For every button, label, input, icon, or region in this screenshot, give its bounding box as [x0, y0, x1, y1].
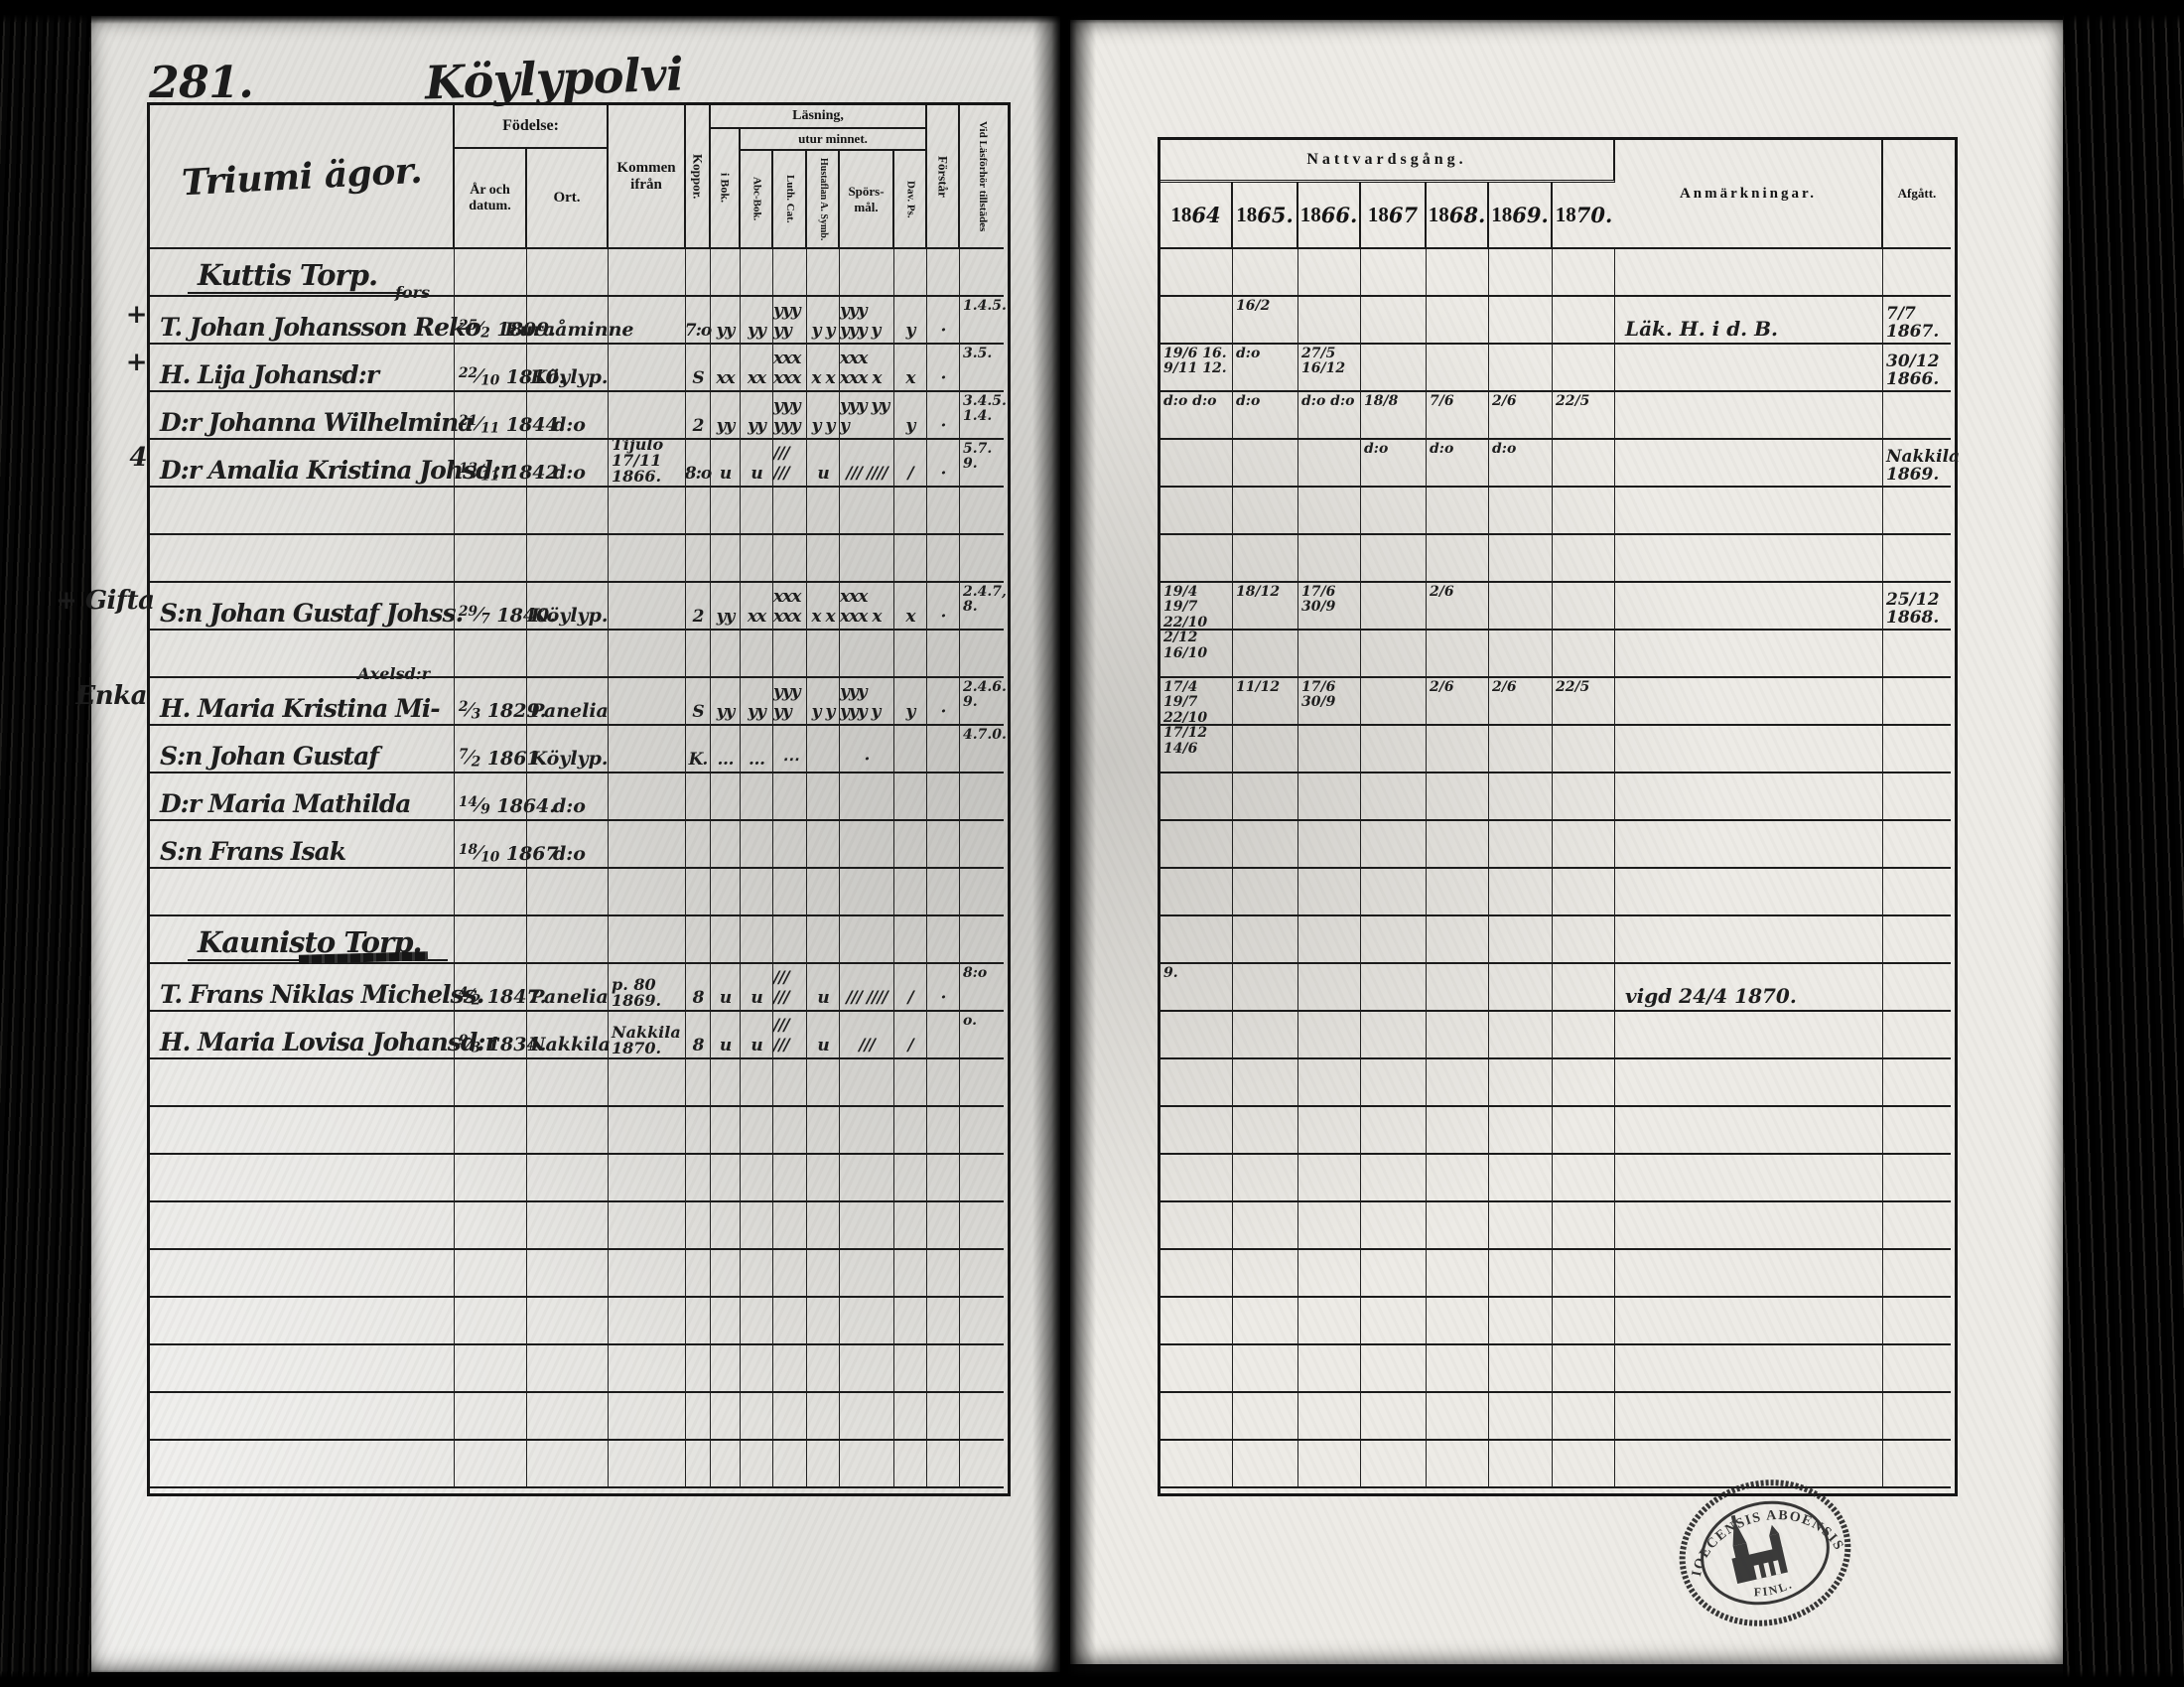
- y1869-cell: [1489, 297, 1553, 345]
- ort-cell: [527, 1107, 609, 1155]
- koppor-cell: S: [686, 678, 711, 726]
- luth-cell: [773, 1059, 807, 1107]
- y1869-cell: [1489, 916, 1553, 964]
- ibok-cell: [711, 773, 741, 821]
- dav-cell: [894, 249, 927, 297]
- ibok-cell: [711, 1393, 741, 1441]
- name-cell: D:r Johanna Wilhelmina: [150, 392, 455, 440]
- abc-cell: yy: [741, 297, 773, 345]
- ibok-cell: [711, 1441, 741, 1488]
- afgatt-cell: [1883, 488, 1951, 535]
- ort-cell: [527, 916, 609, 964]
- ar-cell: [455, 1107, 527, 1155]
- y1864-cell: [1160, 1250, 1233, 1298]
- kommen-cell: [609, 773, 686, 821]
- y1864-cell: [1160, 1345, 1233, 1393]
- y1868-cell: [1427, 297, 1489, 345]
- dav-cell: [894, 821, 927, 869]
- y1867-cell: [1361, 916, 1427, 964]
- y1867-cell: [1361, 1202, 1427, 1250]
- name-cell: [150, 869, 455, 916]
- forstar-cell: ·: [927, 297, 960, 345]
- abc-cell: [741, 631, 773, 678]
- y1869-cell: [1489, 1202, 1553, 1250]
- header-dav-ps: Dav. Ps.: [894, 151, 927, 249]
- dav-cell: /: [894, 440, 927, 488]
- abc-cell: [741, 249, 773, 297]
- abc-cell: u: [741, 964, 773, 1012]
- anm-cell: [1615, 1298, 1883, 1345]
- abc-cell: u: [741, 1012, 773, 1059]
- luth-cell: /// ///: [773, 1012, 807, 1059]
- koppor-cell: [686, 1250, 711, 1298]
- right-table: Nattvardsgång. Anmärkningar. Afgått. 16/…: [1158, 137, 1958, 1496]
- luth-cell: /// ///: [773, 964, 807, 1012]
- afgatt-cell: [1883, 916, 1951, 964]
- y1867-cell: [1361, 726, 1427, 773]
- vidlas-cell: [960, 1393, 1004, 1441]
- luth-cell: [773, 1250, 807, 1298]
- dav-cell: [894, 916, 927, 964]
- vidlas-cell: [960, 916, 1004, 964]
- ort-cell: [527, 869, 609, 916]
- vidlas-cell: [960, 488, 1004, 535]
- vidlas-cell: [960, 1250, 1004, 1298]
- forstar-cell: ·: [927, 678, 960, 726]
- kommen-cell: [609, 535, 686, 583]
- y1866-cell: [1298, 1441, 1361, 1488]
- book-binding-gutter: [1032, 0, 1096, 1687]
- name-cell: S:n Frans Isak: [150, 821, 455, 869]
- koppor-cell: S: [686, 345, 711, 392]
- y1865-cell: [1233, 1250, 1298, 1298]
- header-luth-cat: Luth. Cat.: [773, 151, 807, 249]
- hust-cell: [807, 535, 840, 583]
- y1866-cell: [1298, 1202, 1361, 1250]
- header-vid-lasforhor: Vid Läsförhör tillstädes: [960, 105, 1004, 249]
- scan-edge-right: [2063, 0, 2184, 1687]
- y1866-cell: [1298, 1107, 1361, 1155]
- header-ar-och-datum: År och datum.: [455, 149, 527, 249]
- ort-cell: [527, 1202, 609, 1250]
- hust-cell: [807, 1441, 840, 1488]
- left-table: Triumi ägor. Födelse: År och datum. Ort.…: [147, 102, 1011, 1496]
- y1870-cell: [1553, 1059, 1615, 1107]
- ar-cell: 29⁄7 1840.: [455, 583, 527, 631]
- koppor-cell: [686, 1298, 711, 1345]
- kommen-cell: Tijulo 17/11 1866.: [609, 440, 686, 488]
- y1870-cell: [1553, 249, 1615, 297]
- forstar-cell: [927, 1250, 960, 1298]
- header-i-bok: i Bok.: [711, 129, 741, 249]
- luth-cell: [773, 488, 807, 535]
- y1866-cell: [1298, 869, 1361, 916]
- forstar-cell: [927, 535, 960, 583]
- y1866-cell: [1298, 821, 1361, 869]
- anm-cell: [1615, 440, 1883, 488]
- koppor-cell: 8: [686, 964, 711, 1012]
- luth-cell: [773, 1155, 807, 1202]
- vidlas-cell: [960, 1202, 1004, 1250]
- y1869-cell: [1489, 488, 1553, 535]
- margin-note: +: [56, 348, 147, 377]
- y1868-cell: [1427, 1202, 1489, 1250]
- y1869-cell: [1489, 1393, 1553, 1441]
- y1864-cell: [1160, 297, 1233, 345]
- y1866-cell: [1298, 1155, 1361, 1202]
- y1868-cell: [1427, 916, 1489, 964]
- y1870-cell: [1553, 1298, 1615, 1345]
- scan-edge-top: [0, 0, 2184, 24]
- luth-cell: [773, 249, 807, 297]
- y1867-cell: [1361, 297, 1427, 345]
- header-abc-bok: Abc-Bok.: [741, 151, 773, 249]
- ort-cell: [527, 631, 609, 678]
- anm-cell: [1615, 1345, 1883, 1393]
- spors-cell: yyy yyy y: [840, 297, 894, 345]
- dav-cell: x: [894, 345, 927, 392]
- y1868-cell: [1427, 1059, 1489, 1107]
- abc-cell: …: [741, 726, 773, 773]
- kommen-cell: [609, 1059, 686, 1107]
- hust-cell: u: [807, 964, 840, 1012]
- dav-cell: [894, 1202, 927, 1250]
- forstar-cell: ·: [927, 392, 960, 440]
- y1865-cell: [1233, 1202, 1298, 1250]
- y1864-cell: [1160, 916, 1233, 964]
- name-cell: [150, 488, 455, 535]
- hust-cell: x x: [807, 583, 840, 631]
- y1869-cell: [1489, 1155, 1553, 1202]
- ar-cell: [455, 488, 527, 535]
- kommen-cell: [609, 916, 686, 964]
- spors-cell: xxx xxx x: [840, 583, 894, 631]
- ort-cell: [527, 1155, 609, 1202]
- header-afgatt: Afgått.: [1883, 140, 1951, 249]
- y1870-cell: [1553, 1202, 1615, 1250]
- name-cell: S:n Johan Gustaf Johss.: [150, 583, 455, 631]
- year-header-1867: 1867: [1361, 183, 1427, 249]
- y1866-cell: [1298, 249, 1361, 297]
- anm-cell: [1615, 916, 1883, 964]
- spors-cell: [840, 1441, 894, 1488]
- y1869-cell: [1489, 631, 1553, 678]
- ar-cell: [455, 1345, 527, 1393]
- ibok-cell: [711, 249, 741, 297]
- hust-cell: [807, 1250, 840, 1298]
- hust-cell: y y: [807, 392, 840, 440]
- anm-cell: [1615, 535, 1883, 583]
- hust-cell: [807, 916, 840, 964]
- y1865-cell: [1233, 1441, 1298, 1488]
- dav-cell: [894, 1298, 927, 1345]
- y1870-cell: [1553, 535, 1615, 583]
- luth-cell: [773, 1107, 807, 1155]
- y1870-cell: [1553, 488, 1615, 535]
- name-cell: [150, 535, 455, 583]
- header-fodelse: Födelse:: [455, 105, 609, 149]
- y1868-cell: [1427, 535, 1489, 583]
- abc-cell: [741, 1202, 773, 1250]
- y1866-cell: [1298, 726, 1361, 773]
- ibok-cell: yy: [711, 392, 741, 440]
- forstar-cell: [927, 249, 960, 297]
- kommen-cell: [609, 345, 686, 392]
- kommen-cell: [609, 297, 686, 345]
- y1865-cell: d:o: [1233, 345, 1298, 392]
- forstar-cell: [927, 1345, 960, 1393]
- y1870-cell: [1553, 345, 1615, 392]
- hust-cell: y y: [807, 678, 840, 726]
- abc-cell: [741, 869, 773, 916]
- luth-cell: [773, 631, 807, 678]
- afgatt-cell: Nakkila 1869.: [1883, 440, 1951, 488]
- kommen-cell: [609, 583, 686, 631]
- y1865-cell: 16/2: [1233, 297, 1298, 345]
- kommen-cell: [609, 1393, 686, 1441]
- y1866-cell: [1298, 535, 1361, 583]
- ort-cell: d:o: [527, 440, 609, 488]
- forstar-cell: [927, 1107, 960, 1155]
- ar-cell: [455, 1441, 527, 1488]
- name-cell: [150, 1155, 455, 1202]
- y1867-cell: d:o: [1361, 440, 1427, 488]
- forstar-cell: [927, 1441, 960, 1488]
- hust-cell: [807, 1393, 840, 1441]
- ar-cell: 9⁄3 1834.: [455, 1012, 527, 1059]
- ibok-cell: xx: [711, 345, 741, 392]
- dav-cell: [894, 535, 927, 583]
- y1864-cell: 17/4 19/7 22/10 17/12 14/6: [1160, 678, 1233, 726]
- hust-cell: [807, 1202, 840, 1250]
- ar-cell: 4⁄2 1847.: [455, 964, 527, 1012]
- forstar-cell: ·: [927, 964, 960, 1012]
- y1870-cell: [1553, 631, 1615, 678]
- vidlas-cell: [960, 249, 1004, 297]
- koppor-cell: [686, 488, 711, 535]
- afgatt-cell: [1883, 821, 1951, 869]
- dav-cell: y: [894, 392, 927, 440]
- kommen-cell: [609, 869, 686, 916]
- kommen-cell: [609, 392, 686, 440]
- name-cell: [150, 1107, 455, 1155]
- forstar-cell: [927, 1059, 960, 1107]
- ort-cell: Panelia: [527, 964, 609, 1012]
- y1865-cell: [1233, 916, 1298, 964]
- name-cell: T. Frans Niklas Michelss.: [150, 964, 455, 1012]
- afgatt-cell: [1883, 535, 1951, 583]
- y1867-cell: [1361, 1393, 1427, 1441]
- y1865-cell: d:o: [1233, 392, 1298, 440]
- y1866-cell: [1298, 1012, 1361, 1059]
- y1866-cell: [1298, 488, 1361, 535]
- vidlas-cell: 5.7. 9.: [960, 440, 1004, 488]
- scanned-parish-register: 281. Köylypolvi Triumi ägor. Födelse: År…: [0, 0, 2184, 1687]
- luth-cell: yyy yy: [773, 678, 807, 726]
- name-cell: [150, 1345, 455, 1393]
- abc-cell: [741, 1155, 773, 1202]
- y1865-cell: [1233, 869, 1298, 916]
- forstar-cell: [927, 821, 960, 869]
- y1869-cell: d:o: [1489, 440, 1553, 488]
- dav-cell: /: [894, 964, 927, 1012]
- y1865-cell: [1233, 726, 1298, 773]
- header-lasning-group: Läsning,: [711, 105, 927, 129]
- hust-cell: [807, 1345, 840, 1393]
- spors-cell: [840, 1345, 894, 1393]
- y1867-cell: [1361, 535, 1427, 583]
- y1864-cell: [1160, 1059, 1233, 1107]
- kommen-cell: [609, 726, 686, 773]
- afgatt-cell: [1883, 1059, 1951, 1107]
- y1867-cell: [1361, 488, 1427, 535]
- y1864-cell: [1160, 1202, 1233, 1250]
- y1868-cell: [1427, 345, 1489, 392]
- anm-cell: [1615, 1107, 1883, 1155]
- ibok-cell: …: [711, 726, 741, 773]
- vidlas-cell: [960, 535, 1004, 583]
- ibok-cell: [711, 1107, 741, 1155]
- anm-cell: [1615, 392, 1883, 440]
- anm-cell: [1615, 726, 1883, 773]
- dav-cell: [894, 488, 927, 535]
- y1870-cell: 22/5: [1553, 678, 1615, 726]
- year-header-1869: 1869.: [1489, 183, 1553, 249]
- ibok-cell: [711, 869, 741, 916]
- y1870-cell: [1553, 1107, 1615, 1155]
- dav-cell: [894, 1107, 927, 1155]
- y1870-cell: [1553, 773, 1615, 821]
- forstar-cell: [927, 869, 960, 916]
- y1866-cell: [1298, 1345, 1361, 1393]
- y1869-cell: [1489, 964, 1553, 1012]
- y1870-cell: [1553, 1012, 1615, 1059]
- ort-cell: Euraåminne: [527, 297, 609, 345]
- anm-cell: [1615, 345, 1883, 392]
- y1869-cell: [1489, 726, 1553, 773]
- dav-cell: [894, 1250, 927, 1298]
- afgatt-cell: [1883, 678, 1951, 726]
- kommen-cell: [609, 249, 686, 297]
- y1870-cell: [1553, 1393, 1615, 1441]
- vidlas-cell: [960, 1155, 1004, 1202]
- y1865-cell: 18/12: [1233, 583, 1298, 631]
- y1868-cell: [1427, 869, 1489, 916]
- y1868-cell: [1427, 1107, 1489, 1155]
- kommen-cell: p. 80 1869.: [609, 964, 686, 1012]
- y1870-cell: [1553, 1155, 1615, 1202]
- name-cell: [150, 1059, 455, 1107]
- abc-cell: yy: [741, 678, 773, 726]
- spors-cell: /// ////: [840, 440, 894, 488]
- y1865-cell: [1233, 440, 1298, 488]
- y1867-cell: [1361, 1012, 1427, 1059]
- y1864-cell: [1160, 773, 1233, 821]
- koppor-cell: [686, 1155, 711, 1202]
- ibok-cell: yy: [711, 678, 741, 726]
- y1868-cell: 2/6: [1427, 678, 1489, 726]
- y1869-cell: [1489, 1345, 1553, 1393]
- ibok-cell: [711, 1298, 741, 1345]
- y1868-cell: [1427, 249, 1489, 297]
- koppor-cell: [686, 869, 711, 916]
- abc-cell: [741, 1441, 773, 1488]
- koppor-cell: 2: [686, 392, 711, 440]
- margin-note: + Gifta: [56, 586, 147, 616]
- afgatt-cell: 30/12 1866.: [1883, 345, 1951, 392]
- y1865-cell: [1233, 964, 1298, 1012]
- ibok-cell: [711, 821, 741, 869]
- hust-cell: y y: [807, 297, 840, 345]
- ort-cell: [527, 1441, 609, 1488]
- koppor-cell: [686, 1441, 711, 1488]
- anm-cell: [1615, 773, 1883, 821]
- y1867-cell: [1361, 773, 1427, 821]
- spors-cell: ·: [840, 726, 894, 773]
- ar-cell: 13⁄11 1842.: [455, 440, 527, 488]
- kommen-cell: [609, 1155, 686, 1202]
- y1868-cell: [1427, 1393, 1489, 1441]
- afgatt-cell: [1883, 1155, 1951, 1202]
- vidlas-cell: 2.4.6. 9.: [960, 678, 1004, 726]
- ort-cell: Nakkila: [527, 1012, 609, 1059]
- y1867-cell: [1361, 821, 1427, 869]
- y1867-cell: [1361, 1298, 1427, 1345]
- spors-cell: [840, 1393, 894, 1441]
- vidlas-cell: [960, 773, 1004, 821]
- y1867-cell: [1361, 631, 1427, 678]
- hust-cell: x x: [807, 345, 840, 392]
- koppor-cell: [686, 821, 711, 869]
- ar-cell: [455, 1155, 527, 1202]
- name-cell: [150, 1393, 455, 1441]
- hust-cell: [807, 821, 840, 869]
- y1864-cell: [1160, 249, 1233, 297]
- luth-cell: [773, 1345, 807, 1393]
- name-cell: D:r Maria Mathilda: [150, 773, 455, 821]
- forstar-cell: [927, 726, 960, 773]
- afgatt-cell: [1883, 1393, 1951, 1441]
- y1866-cell: 17/6 30/9: [1298, 583, 1361, 631]
- luth-cell: yyy yy: [773, 297, 807, 345]
- abc-cell: [741, 535, 773, 583]
- koppor-cell: 8: [686, 1012, 711, 1059]
- y1870-cell: [1553, 583, 1615, 631]
- ort-cell: [527, 1059, 609, 1107]
- y1864-cell: [1160, 869, 1233, 916]
- y1867-cell: [1361, 345, 1427, 392]
- y1868-cell: [1427, 821, 1489, 869]
- vidlas-cell: [960, 1059, 1004, 1107]
- spors-cell: [840, 249, 894, 297]
- vidlas-cell: [960, 821, 1004, 869]
- vidlas-cell: 8:o: [960, 964, 1004, 1012]
- dav-cell: y: [894, 678, 927, 726]
- hust-cell: [807, 1298, 840, 1345]
- y1868-cell: [1427, 1441, 1489, 1488]
- ort-cell: d:o: [527, 392, 609, 440]
- anm-cell: [1615, 821, 1883, 869]
- ibok-cell: [711, 1155, 741, 1202]
- year-header-1868: 1868.: [1427, 183, 1489, 249]
- vidlas-cell: 4.7.0.: [960, 726, 1004, 773]
- name-cell: H. Maria Lovisa Johansd:r: [150, 1012, 455, 1059]
- abc-cell: [741, 488, 773, 535]
- y1867-cell: [1361, 1155, 1427, 1202]
- ort-cell: [527, 1345, 609, 1393]
- abc-cell: [741, 1250, 773, 1298]
- luth-cell: xxx xxx: [773, 583, 807, 631]
